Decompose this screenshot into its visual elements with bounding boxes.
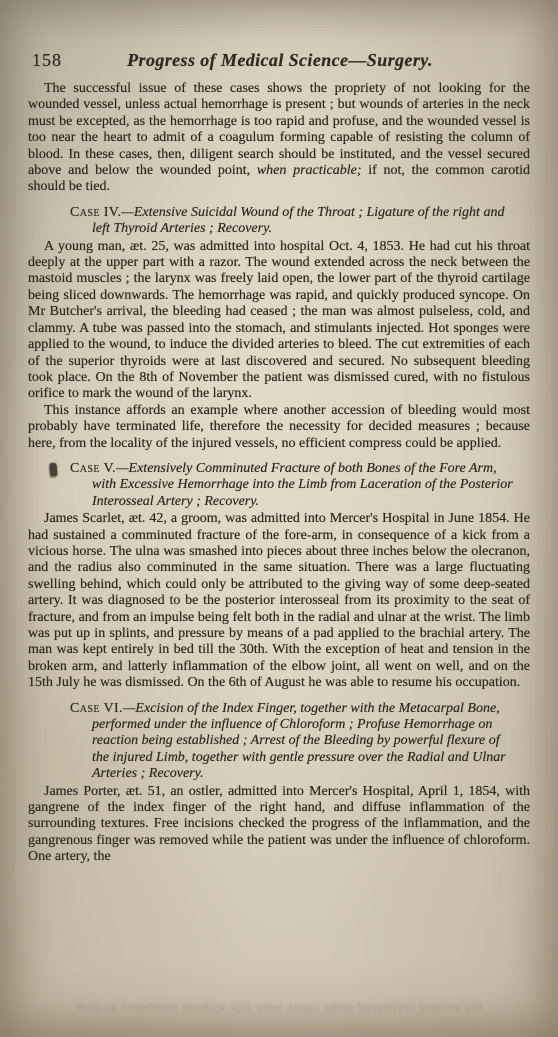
running-head: Progress of Medical Science—Surgery.: [62, 50, 524, 71]
case-iv-title: —Extensive Suicidal Wound of the Throat …: [92, 205, 504, 236]
case-v-title: —Extensively Comminuted Fracture of both…: [92, 461, 513, 509]
case-iv-section: Case IV.—Extensive Suicidal Wound of the…: [28, 205, 530, 452]
case-iv-label: Case IV.: [70, 205, 121, 220]
intro-text-italic: when practicable;: [257, 163, 362, 178]
ink-smudge-mark: [49, 463, 57, 477]
bleed-through-text: the animal recovered some cases were lef…: [40, 1000, 518, 1015]
case-v-paragraph-1: James Scarlet, æt. 42, a groom, was admi…: [28, 511, 530, 691]
book-page: 158 Progress of Medical Science—Surgery.…: [0, 0, 558, 1037]
case-v-section: Case V.—Extensively Comminuted Fracture …: [28, 461, 530, 692]
case-v-heading: Case V.—Extensively Comminuted Fracture …: [92, 461, 520, 510]
page-number: 158: [32, 50, 62, 71]
case-iv-paragraph-2: This instance affords an example where a…: [28, 403, 530, 452]
page-body: The successful issue of these cases show…: [0, 71, 558, 866]
case-iv-paragraph-1: A young man, æt. 25, was admitted into h…: [28, 239, 530, 403]
case-vi-title: —Excision of the Index Finger, together …: [92, 701, 506, 782]
intro-paragraph: The successful issue of these cases show…: [28, 81, 530, 196]
case-vi-heading: Case VI.—Excision of the Index Finger, t…: [92, 701, 520, 783]
case-iv-heading: Case IV.—Extensive Suicidal Wound of the…: [92, 205, 520, 238]
case-vi-paragraph-1: James Porter, æt. 51, an ostler, admitte…: [28, 784, 530, 866]
case-v-label: Case V.: [70, 461, 116, 476]
page-header: 158 Progress of Medical Science—Surgery.: [0, 0, 558, 71]
case-vi-label: Case VI.: [70, 701, 123, 716]
case-vi-section: Case VI.—Excision of the Index Finger, t…: [28, 701, 530, 866]
